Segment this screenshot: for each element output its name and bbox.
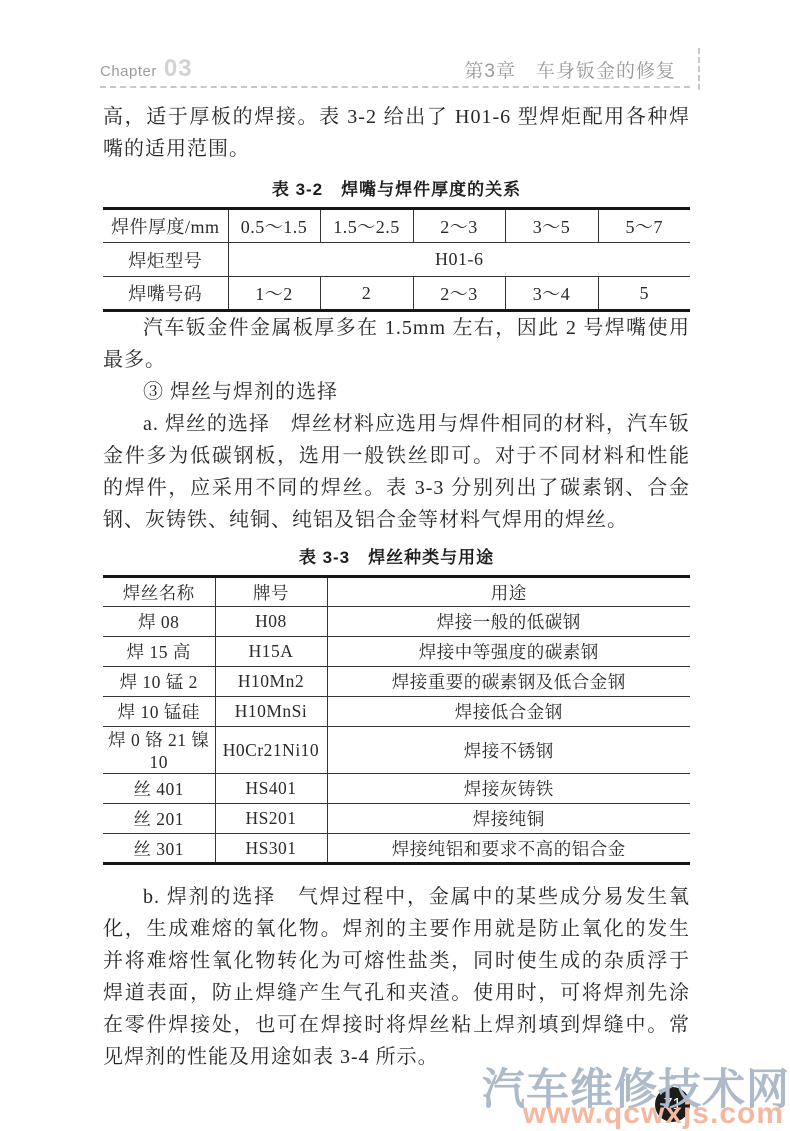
table-cell: H10Mn2: [215, 667, 327, 697]
column-header: 用途: [327, 577, 690, 607]
table-cell: 焊接灰铸铁: [327, 774, 690, 804]
column-header: 牌号: [215, 577, 327, 607]
table-cell: 3～4: [505, 277, 598, 311]
heading-wire-flux-selection: ③ 焊丝与焊剂的选择: [103, 376, 690, 408]
table-cell: 焊 15 高: [103, 637, 215, 667]
table-header-row: 焊丝名称 牌号 用途: [103, 577, 690, 607]
table-cell: H15A: [215, 637, 327, 667]
table-cell: 2: [320, 277, 413, 311]
table-cell: 2～3: [413, 277, 505, 311]
row-label: 焊炬型号: [103, 243, 228, 277]
header-vertical-divider: [698, 48, 700, 90]
row-label: 焊嘴号码: [103, 277, 228, 311]
table-3-3-caption: 表 3-3 焊丝种类与用途: [103, 543, 690, 568]
paragraph-flux-selection: b. 焊剂的选择 气焊过程中，金属中的某些成分易发生氧化，生成难熔的氧化物。焊剂…: [103, 881, 690, 1073]
page-number: 71: [664, 1096, 682, 1114]
table-cell: 5: [598, 277, 690, 311]
table-cell: 1～2: [228, 277, 320, 311]
table-3-2-caption: 表 3-2 焊嘴与焊件厚度的关系: [103, 175, 690, 200]
table-row: 焊 10 锰硅 H10MnSi 焊接低合金钢: [103, 697, 690, 727]
table-cell: 焊接中等强度的碳素钢: [327, 637, 690, 667]
table-cell: 0.5～1.5: [228, 209, 320, 243]
table-cell: 焊接重要的碳素钢及低合金钢: [327, 667, 690, 697]
table-cell: 焊接纯铝和要求不高的铝合金: [327, 834, 690, 864]
page-number-badge: 71: [655, 1087, 690, 1122]
table-row: 丝 301 HS301 焊接纯铝和要求不高的铝合金: [103, 834, 690, 864]
table-cell: H08: [215, 607, 327, 637]
table-cell: 1.5～2.5: [320, 209, 413, 243]
table-cell: H10MnSi: [215, 697, 327, 727]
table-row: 焊 15 高 H15A 焊接中等强度的碳素钢: [103, 637, 690, 667]
table-cell: 焊 10 锰 2: [103, 667, 215, 697]
table-cell: 焊 0 铬 21 镍 10: [103, 727, 215, 774]
page-content: 高，适于厚板的焊接。表 3-2 给出了 H01-6 型焊炬配用各种焊嘴的适用范围…: [103, 0, 690, 1122]
table-row: 焊件厚度/mm 0.5～1.5 1.5～2.5 2～3 3～5 5～7: [103, 209, 690, 243]
row-label: 焊件厚度/mm: [103, 209, 228, 243]
table-cell: 焊 10 锰硅: [103, 697, 215, 727]
table-cell: 焊接不锈钢: [327, 727, 690, 774]
column-header: 焊丝名称: [103, 577, 215, 607]
table-cell: H01-6: [228, 243, 690, 277]
table-cell: 丝 301: [103, 834, 215, 864]
table-3-2: 焊件厚度/mm 0.5～1.5 1.5～2.5 2～3 3～5 5～7 焊炬型号…: [103, 207, 690, 312]
table-cell: 3～5: [505, 209, 598, 243]
table-cell: 焊 08: [103, 607, 215, 637]
table-cell: HS401: [215, 774, 327, 804]
paragraph-intro: 高，适于厚板的焊接。表 3-2 给出了 H01-6 型焊炬配用各种焊嘴的适用范围…: [103, 101, 690, 165]
paragraph-nozzle-usage: 汽车钣金件金属板厚多在 1.5mm 左右，因此 2 号焊嘴使用最多。: [103, 312, 690, 376]
table-row: 焊嘴号码 1～2 2 2～3 3～4 5: [103, 277, 690, 311]
table-row: 焊 08 H08 焊接一般的低碳钢: [103, 607, 690, 637]
table-row: 丝 201 HS201 焊接纯铜: [103, 804, 690, 834]
table-row: 焊炬型号 H01-6: [103, 243, 690, 277]
table-cell: HS301: [215, 834, 327, 864]
table-cell: H0Cr21Ni10: [215, 727, 327, 774]
paragraph-wire-selection: a. 焊丝的选择 焊丝材料应选用与焊件相同的材料，汽车钣金件多为低碳钢板，选用一…: [103, 408, 690, 536]
table-cell: 2～3: [413, 209, 505, 243]
table-cell: 焊接一般的低碳钢: [327, 607, 690, 637]
table-cell: 丝 201: [103, 804, 215, 834]
table-cell: 5～7: [598, 209, 690, 243]
table-row: 焊 10 锰 2 H10Mn2 焊接重要的碳素钢及低合金钢: [103, 667, 690, 697]
table-cell: 丝 401: [103, 774, 215, 804]
table-row: 焊 0 铬 21 镍 10 H0Cr21Ni10 焊接不锈钢: [103, 727, 690, 774]
table-cell: 焊接纯铜: [327, 804, 690, 834]
table-row: 丝 401 HS401 焊接灰铸铁: [103, 774, 690, 804]
table-cell: 焊接低合金钢: [327, 697, 690, 727]
table-cell: HS201: [215, 804, 327, 834]
table-3-3: 焊丝名称 牌号 用途 焊 08 H08 焊接一般的低碳钢 焊 15 高 H15A…: [103, 575, 690, 865]
